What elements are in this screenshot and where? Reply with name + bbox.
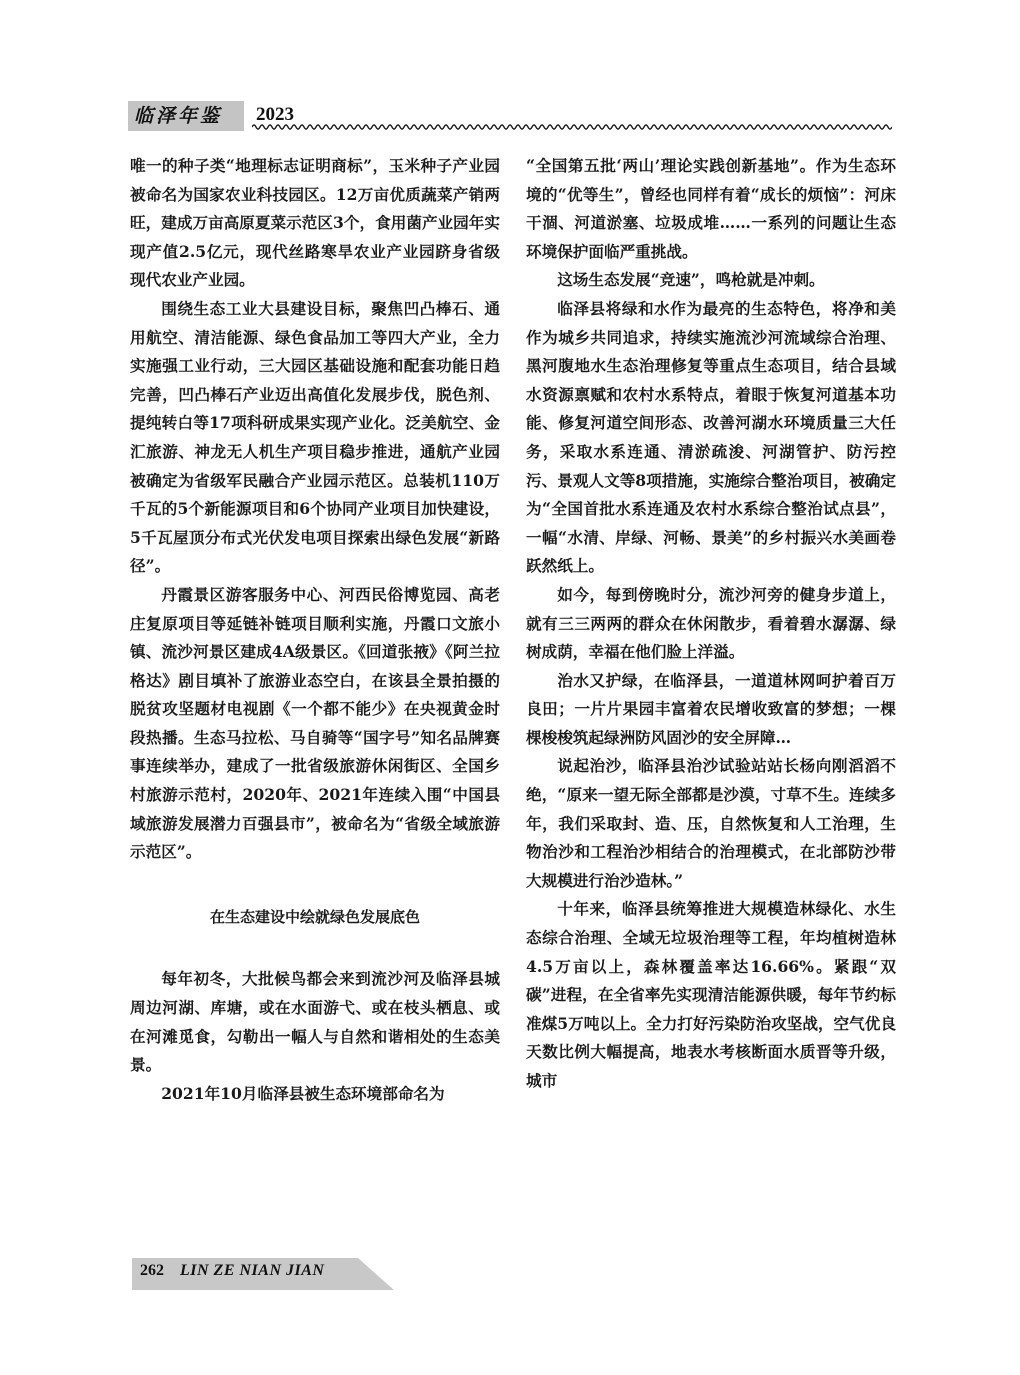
body-paragraph: 围绕生态工业大县建设目标，聚焦凹凸棒石、通用航空、清洁能源、绿色食品加工等四大产…	[130, 295, 500, 581]
body-paragraph: 治水又护绿，在临泽县，一道道林网呵护着百万良田；一片片果园丰富着农民增收致富的梦…	[526, 667, 896, 753]
page-footer: 262 LIN ZE NIAN JIAN	[132, 1258, 394, 1290]
yearbook-title-badge: 临泽年鉴	[128, 101, 244, 131]
body-paragraph: 临泽县将绿和水作为最亮的生态特色，将净和美作为城乡共同追求，持续实施流沙河流域综…	[526, 295, 896, 581]
left-column: 唯一的种子类“地理标志证明商标”，玉米种子产业园被命名为国家农业科技园区。12万…	[130, 152, 500, 1108]
body-paragraph: 十年来，临泽县统筹推进大规模造林绿化、水生态综合治理、全域无垃圾治理等工程，年均…	[526, 895, 896, 1095]
running-header: 临泽年鉴 2023	[128, 101, 892, 135]
body-paragraph: 2021年10月临泽县被生态环境部命名为	[130, 1080, 500, 1109]
body-paragraph: 每年初冬，大批候鸟都会来到流沙河及临泽县城周边河湖、库塘，或在水面游弋、或在枝头…	[130, 965, 500, 1079]
section-heading: 在生态建设中绘就绿色发展底色	[130, 903, 500, 932]
footer-title: LIN ZE NIAN JIAN	[180, 1262, 324, 1279]
body-paragraph: 说起治沙，临泽县治沙试验站站长杨向刚滔滔不绝，“原来一望无际全部都是沙漠，寸草不…	[526, 752, 896, 895]
body-paragraph: 唯一的种子类“地理标志证明商标”，玉米种子产业园被命名为国家农业科技园区。12万…	[130, 152, 500, 295]
right-column: “全国第五批‘两山’理论实践创新基地”。作为生态环境的“优等生”，曾经也同样有着…	[526, 152, 896, 1096]
body-paragraph: 丹霞景区游客服务中心、河西民俗博览园、高老庄复原项目等延链补链项目顺利实施，丹霞…	[130, 581, 500, 867]
body-paragraph: 这场生态发展“竞速”，鸣枪就是冲刺。	[526, 266, 896, 295]
body-paragraph: 如今，每到傍晚时分，流沙河旁的健身步道上，就有三三两两的群众在休闲散步，看着碧水…	[526, 581, 896, 667]
wavy-rule-decoration	[252, 123, 892, 131]
body-paragraph: “全国第五批‘两山’理论实践创新基地”。作为生态环境的“优等生”，曾经也同样有着…	[526, 152, 896, 266]
page-number: 262	[140, 1262, 164, 1279]
